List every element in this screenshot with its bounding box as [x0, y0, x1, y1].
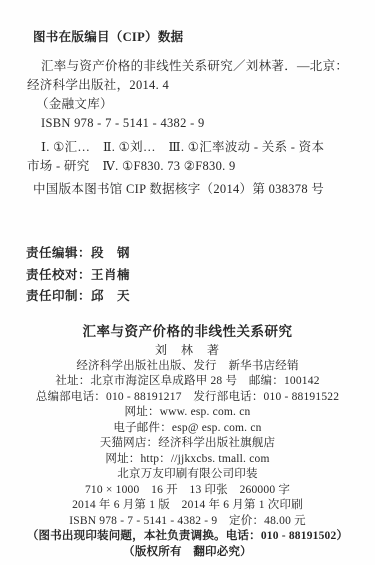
tmall-url-line: 网址：http：//jjkxcbs. tmall. com: [0, 452, 375, 468]
edition-printing-line: 2014 年 6 月第 1 版 2014 年 6 月第 1 次印刷: [0, 498, 375, 514]
responsible-proofreader-line: 责任校对：王肖楠: [26, 265, 375, 287]
cip-classification-line-1: Ⅰ. ①汇… Ⅱ. ①刘… Ⅲ. ①汇率波动 - 关系 - 资本: [27, 138, 357, 157]
address-postcode-line: 社址：北京市海淀区阜成路甲 28 号 邮编：100142: [0, 374, 375, 390]
isbn-price-line: ISBN 978 - 7 - 5141 - 4382 - 9 定价：48.00 …: [0, 514, 375, 530]
binding-problem-notice-line: （图书出现印装问题，本社负责调换。电话：010 - 88191502）: [0, 529, 375, 545]
cip-record-number-line: 中国版本图书馆 CIP 数据核字（2014）第 038378 号: [27, 180, 357, 199]
email-line: 电子邮件：esp@ esp. com. cn: [0, 421, 375, 437]
cip-title-line: 汇率与资产价格的非线性关系研究／刘林著．—北京：: [27, 57, 357, 76]
cip-isbn-line: ISBN 978 - 7 - 5141 - 4382 - 9: [27, 114, 357, 133]
cip-classification-line-2: 市场 - 研究 Ⅳ. ①F830. 73 ②F830. 9: [27, 157, 357, 176]
responsible-editor-line: 责任编辑：段 钢: [26, 243, 375, 265]
author-line: 刘 林 著: [0, 342, 375, 359]
cip-data-block: 图书在版编目（CIP）数据 汇率与资产价格的非线性关系研究／刘林著．—北京： 经…: [0, 0, 375, 199]
website-line: 网址：www. esp. com. cn: [0, 405, 375, 421]
responsible-printer-line: 责任印制：邱 天: [26, 286, 375, 308]
cip-heading: 图书在版编目（CIP）数据: [33, 27, 357, 45]
book-title: 汇率与资产价格的非线性关系研究: [0, 321, 375, 342]
phone-numbers-line: 总编部电话：010 - 88191217 发行部电话：010 - 8819152…: [0, 390, 375, 406]
cip-publisher-line: 经济科学出版社，2014. 4: [27, 76, 357, 95]
copyright-page: 图书在版编目（CIP）数据 汇率与资产价格的非线性关系研究／刘林著．—北京： 经…: [0, 0, 375, 565]
tmall-shop-line: 天猫网店：经济科学出版社旗舰店: [0, 436, 375, 452]
copyright-notice-line: （版权所有 翻印必究）: [0, 545, 375, 561]
staff-credits-block: 责任编辑：段 钢 责任校对：王肖楠 责任印制：邱 天: [0, 243, 375, 308]
printing-company-line: 北京万友印刷有限公司印装: [0, 467, 375, 483]
cip-series-line: （金融文库）: [27, 95, 357, 114]
colophon-block: 汇率与资产价格的非线性关系研究 刘 林 著 经济科学出版社出版、发行 新华书店经…: [0, 321, 375, 561]
publisher-distributor-line: 经济科学出版社出版、发行 新华书店经销: [0, 359, 375, 375]
format-sheets-words-line: 710 × 1000 16 开 13 印张 260000 字: [0, 483, 375, 499]
